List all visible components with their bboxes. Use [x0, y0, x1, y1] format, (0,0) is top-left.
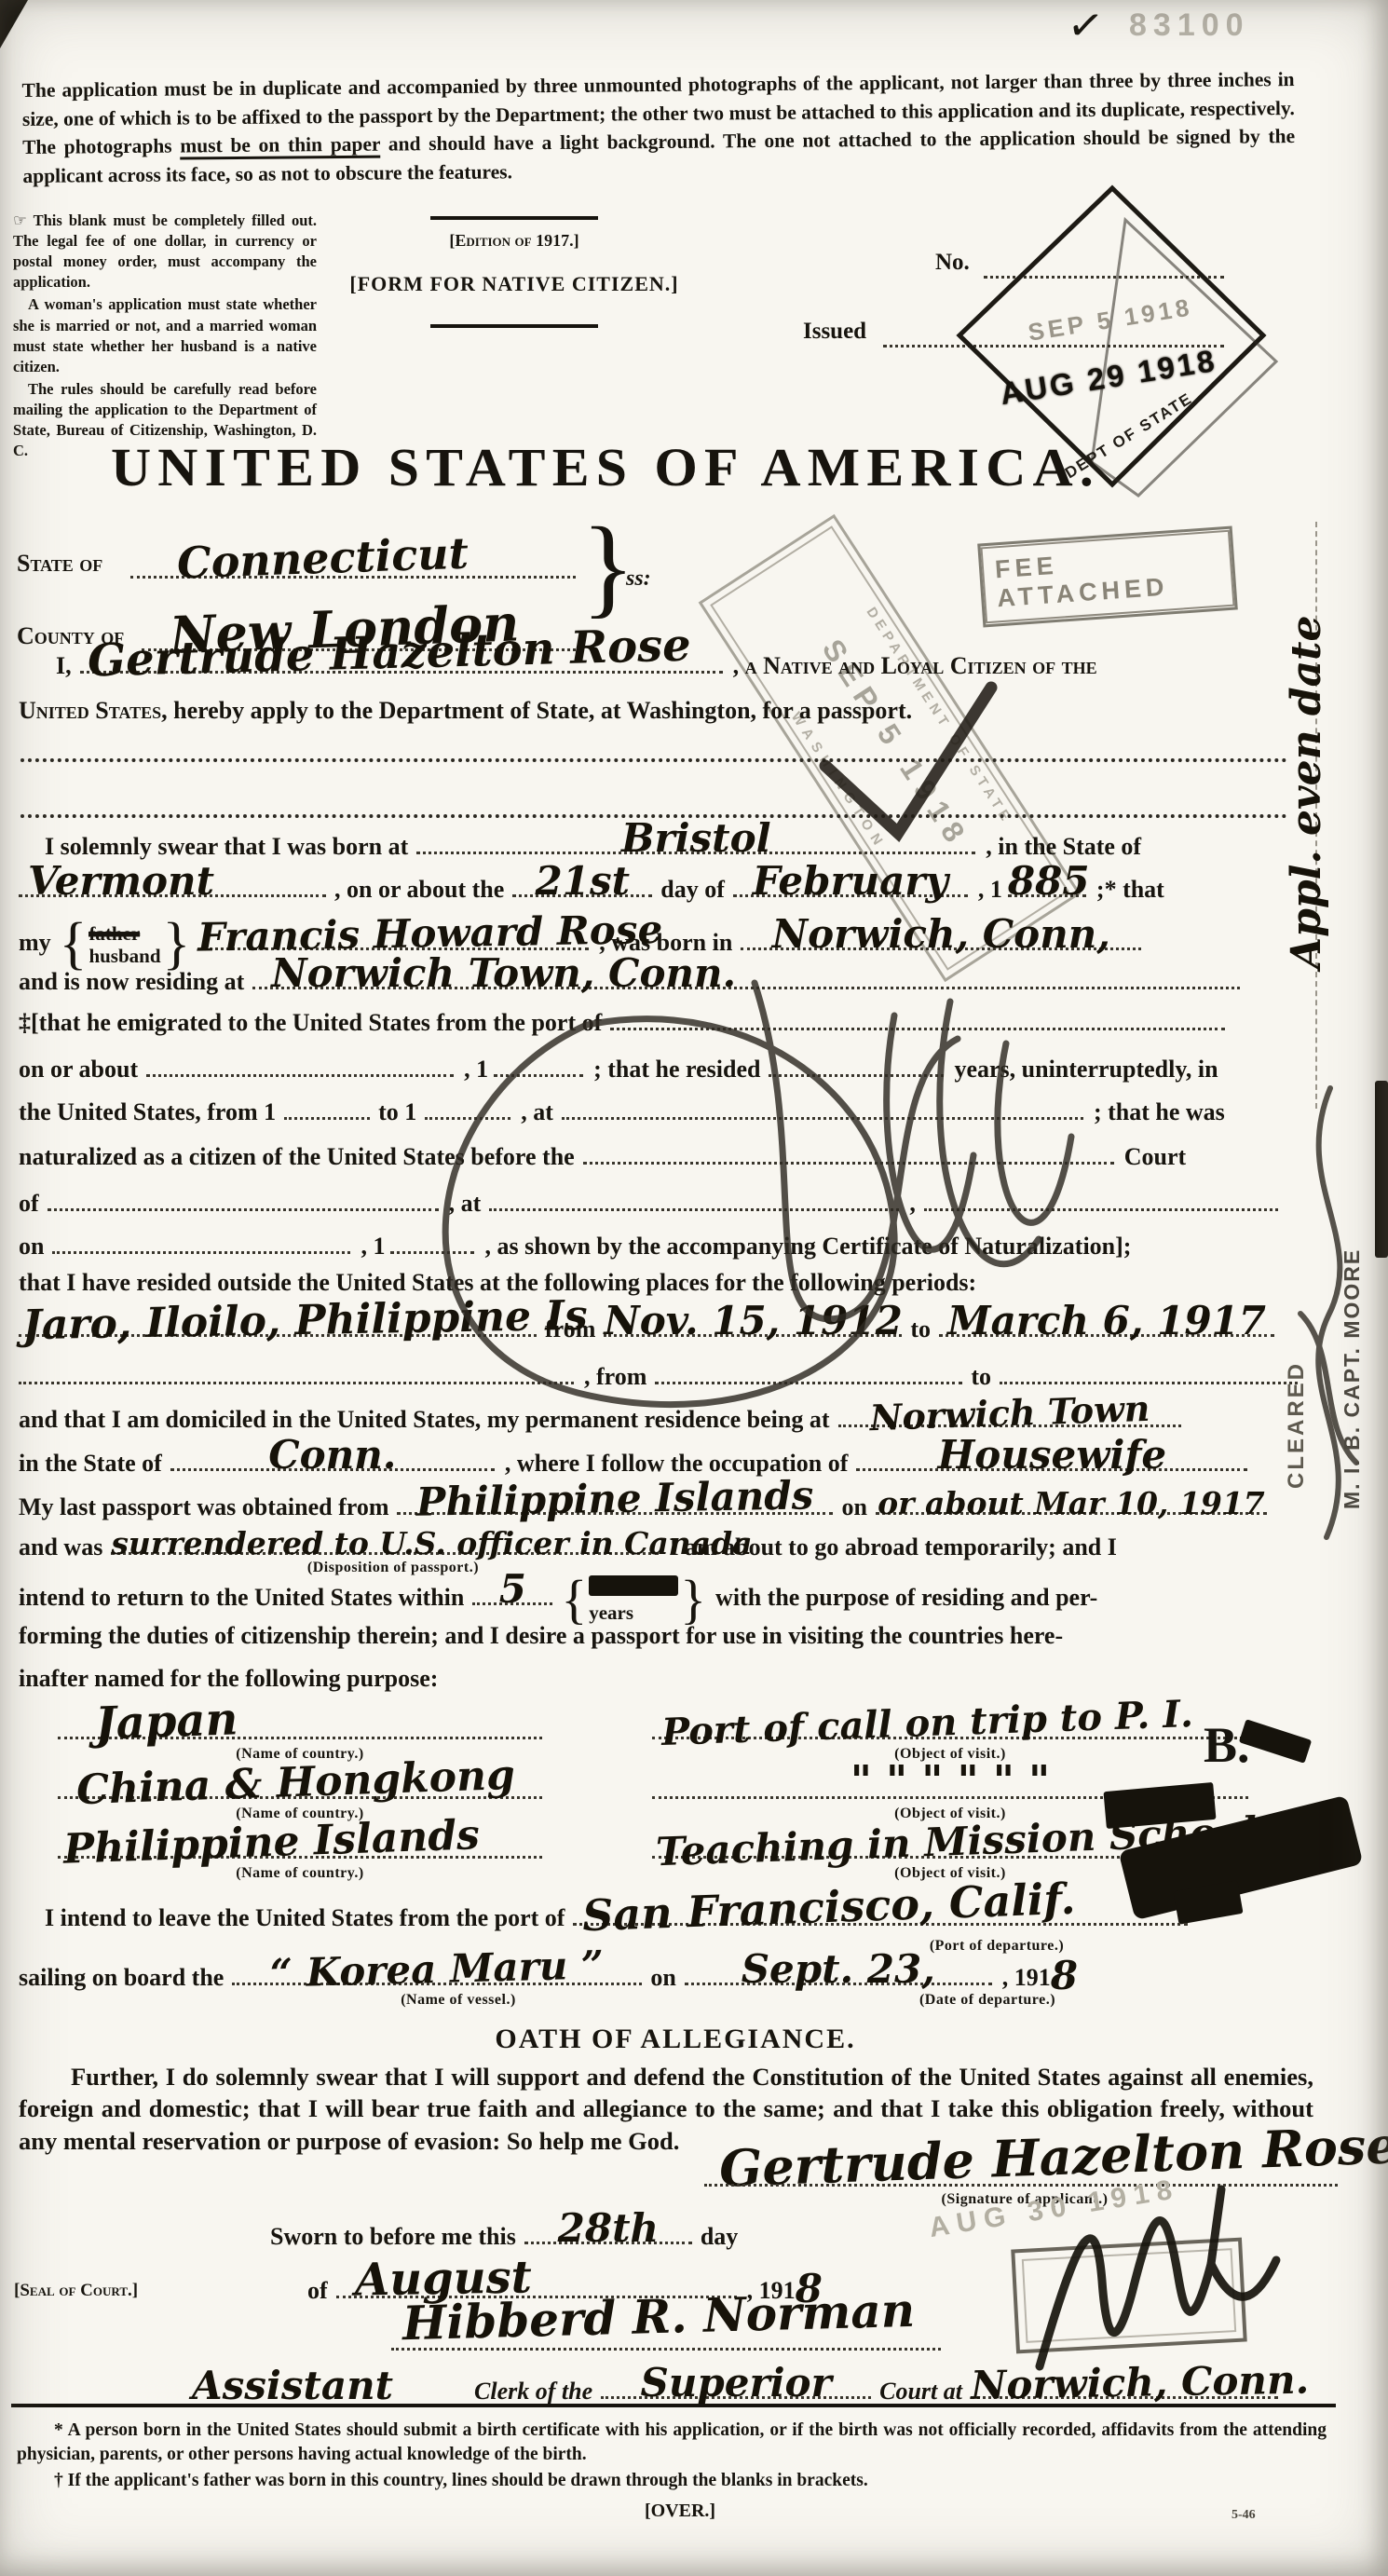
on-2-label: on	[841, 1493, 866, 1520]
photo-note-underlined: must be on thin paper	[180, 133, 380, 160]
country-blank-3: Philippine Islands	[58, 1813, 542, 1859]
check-mark-icon: ✓	[1064, 0, 1107, 52]
over-label: [OVER.]	[540, 2501, 820, 2522]
instruction-paragraph: ☞ This blank must be completely filled o…	[13, 211, 317, 293]
birth-state-handwritten: Vermont	[28, 862, 326, 901]
b-ink-mark: B.	[1204, 1716, 1250, 1774]
inked-out-word	[589, 1575, 678, 1596]
leave-port-line: I intend to leave the United States from…	[19, 1901, 1310, 1932]
return-within-line: intend to return to the United States wi…	[19, 1575, 1310, 1624]
country-caption-3: (Name of country.)	[58, 1865, 542, 1882]
my-label: my	[19, 929, 51, 956]
purpose-2-label: forming the duties of citizenship therei…	[19, 1622, 1063, 1649]
departure-date-handwritten: Sept. 23,	[685, 1950, 992, 1989]
disposition-handwritten: surrendered to U.S. officer in Canada	[111, 1528, 659, 1559]
leave-port-label: I intend to leave the United States from…	[45, 1904, 565, 1931]
father-husband-stack: fatherhusband	[88, 922, 160, 967]
blank-line	[20, 788, 1287, 818]
seal-of-court-label: [Seal of Court.]	[14, 2281, 138, 2301]
purpose-1-label: with the purpose of residing and per-	[715, 1584, 1097, 1611]
instruction-paragraph: A woman's application must state whether…	[13, 294, 317, 376]
footnotes: * A person born in the United States sho…	[17, 2419, 1327, 2493]
apply-text: hereby apply to the Department of State,…	[168, 697, 913, 724]
passport-from-blank: Philippine Islands	[397, 1490, 833, 1515]
birth-month-handwritten: February	[733, 862, 968, 901]
in-state-of-label: , in the State of	[986, 833, 1141, 860]
cancellation-scribble	[354, 960, 1118, 1463]
day-of-label: day of	[660, 876, 725, 903]
form-type-label: [FORM FOR NATIVE CITIZEN.]	[309, 272, 719, 296]
clerk-of-the-label: Clerk of the	[474, 2378, 592, 2405]
ink-smudge	[0, 0, 28, 48]
country-2-handwritten: China & Hongkong	[75, 1755, 515, 1811]
birth-year-handwritten: 885	[1008, 862, 1086, 901]
return-years-handwritten: 5	[472, 1570, 552, 1609]
oath-heading: OATH OF ALLEGIANCE.	[0, 2024, 1351, 2055]
departure-year-handwritten: 8	[1051, 1956, 1078, 1996]
birthplace-blank: Bristol	[416, 829, 975, 854]
vessel-handwritten: “ Korea Maru ”	[232, 1944, 643, 1995]
open-brace-2: {	[561, 1575, 587, 1624]
return-years-blank: 5	[472, 1580, 552, 1605]
spouse-birthplace-blank: Norwich, Conn,	[741, 925, 1141, 950]
last-passport-label: My last passport was obtained from	[19, 1493, 388, 1520]
vessel-blank: “ Korea Maru ”	[232, 1960, 642, 1985]
departure-year-printed: , 191	[1002, 1964, 1051, 1991]
passport-date-handwritten: or about Mar 10, 1917	[876, 1488, 1267, 1519]
port-blank: San Francisco, Calif.	[573, 1901, 1188, 1926]
edition-label: [Edition of 1917.]	[356, 231, 673, 251]
cleared-stamp-text: CLEARED	[1284, 1302, 1310, 1489]
court-name-blank-2: Superior	[601, 2374, 871, 2399]
return-within-label: intend to return to the United States wi…	[19, 1584, 464, 1611]
photograph-instructions: The application must be in duplicate and…	[21, 65, 1295, 190]
officer-title-handwritten: Assistant	[192, 2366, 466, 2406]
year-prefix: , 1	[978, 876, 1002, 903]
file-number-stamp: 83100	[1129, 7, 1250, 44]
close-brace-2: }	[680, 1575, 706, 1624]
sworn-day-blank: 28th	[524, 2219, 692, 2244]
us-from-label: the United States, from 1	[19, 1098, 276, 1125]
purpose-3-line: inafter named for the following purpose:	[19, 1665, 1310, 1693]
page-title: UNITED STATES OF AMERICA.	[49, 436, 1163, 498]
disposition-line: and wassurrendered to U.S. officer in Ca…	[19, 1530, 1310, 1561]
close-brace: }	[163, 919, 191, 971]
sworn-line: Sworn to before me this28thday	[270, 2219, 1015, 2251]
officer-signature-blank	[391, 2322, 941, 2351]
state-handwritten: Connecticut	[176, 532, 469, 585]
in-state-label: in the State of	[19, 1450, 162, 1477]
court-name-handwritten: Superior	[601, 2364, 871, 2403]
spouse-name-blank: Francis Howard Rose	[197, 925, 589, 950]
passport-date-blank: or about Mar 10, 1917	[876, 1490, 1267, 1515]
on-or-about-label: , on or about the	[334, 876, 504, 903]
state-of-label: State of	[17, 550, 102, 578]
sworn-label: Sworn to before me this	[270, 2223, 516, 2250]
ink-blob	[1239, 1719, 1312, 1764]
years-word: years	[589, 1601, 633, 1624]
fee-attached-text: FEE ATTACHED	[994, 552, 1169, 613]
port-handwritten: San Francisco, Calif.	[582, 1877, 1077, 1937]
father-word-struck: father	[88, 922, 140, 945]
passport-from-handwritten: Philippine Islands	[397, 1476, 834, 1522]
born-at-label: I solemnly swear that I was born at	[45, 833, 408, 860]
months-years-stack: years	[589, 1575, 678, 1623]
country-1-handwritten: Japan	[94, 1697, 238, 1746]
purpose-2-line: forming the duties of citizenship therei…	[19, 1622, 1310, 1650]
court-label: Court	[1124, 1143, 1186, 1170]
mib-capt-moore-text: M. I. B. CAPT. MOORE	[1340, 1006, 1365, 1509]
birth-year-blank: 885	[1008, 872, 1086, 897]
state-blank: Connecticut	[130, 533, 576, 579]
birth-state-blank: Vermont	[19, 872, 326, 897]
residing-at-label: and is now residing at	[19, 968, 244, 995]
object-blank-1: Port of call on trip to P. I.	[652, 1694, 1248, 1739]
blank-line	[20, 732, 1287, 762]
cert-date-blank	[52, 1229, 350, 1254]
that-label: ;* that	[1096, 876, 1164, 903]
ss-label: ss:	[626, 566, 651, 592]
birthplace-handwritten: Bristol	[416, 819, 975, 858]
last-passport-line: My last passport was obtained fromPhilip…	[19, 1490, 1310, 1521]
cleared-stamp: CLEARED	[1284, 1302, 1328, 1489]
pen-scrawl-initials	[1023, 2150, 1293, 2383]
day-word-label: day	[701, 2223, 738, 2250]
on-label: on	[19, 1233, 44, 1260]
vessel-line: sailing on board the“ Korea Maru ”onSept…	[19, 1953, 1310, 1992]
print-code: 5-46	[1232, 2508, 1256, 2523]
departure-on-label: on	[650, 1964, 675, 1991]
birth-day-blank: 21st	[512, 872, 652, 897]
departure-date-blank: Sept. 23,	[685, 1960, 992, 1985]
and-was-label: and was	[19, 1533, 102, 1561]
birth-day-handwritten: 21st	[512, 862, 652, 901]
filing-instructions: ☞ This blank must be completely filled o…	[13, 211, 317, 461]
birth-state-line: Vermont, on or about the21stday ofFebrua…	[19, 872, 1310, 904]
born-line: I solemnly swear that I was born atBrist…	[19, 829, 1310, 861]
united-states-text: United States,	[19, 697, 168, 724]
vessel-caption: (Name of vessel.)	[253, 1992, 663, 2009]
object-1-handwritten: Port of call on trip to P. I.	[660, 1696, 1193, 1751]
of-word-label: of	[307, 2277, 328, 2304]
date-caption: (Date of departure.)	[820, 1992, 1155, 2009]
officer-title-blank: Assistant	[186, 2377, 466, 2399]
disposition-blank: surrendered to U.S. officer in Canada	[111, 1530, 659, 1555]
margin-annotation: Appl. even date	[1265, 438, 1349, 1146]
purpose-3-label: inafter named for the following purpose:	[19, 1665, 438, 1692]
country-3-handwritten: Philippine Islands	[62, 1815, 480, 1871]
applicant-line: I,Gertrude Hazelton Rose, a Native and L…	[19, 648, 1310, 680]
footer-divider	[11, 2404, 1336, 2407]
on-or-about-2-label: on or about	[19, 1056, 138, 1083]
court-at-label-2: Court at	[879, 2378, 962, 2405]
i-label: I,	[56, 652, 72, 679]
apply-line: United States, hereby apply to the Depar…	[19, 697, 1310, 725]
sworn-day-handwritten: 28th	[524, 2209, 692, 2248]
footnote-birth-certificate: * A person born in the United States sho…	[17, 2419, 1327, 2467]
applicant-name-blank: Gertrude Hazelton Rose	[80, 648, 723, 674]
edge-ink-mark	[1375, 1081, 1388, 1258]
divider	[430, 324, 598, 328]
birth-month-blank: February	[733, 872, 968, 897]
open-brace: {	[60, 919, 88, 971]
fee-attached-stamp: FEE ATTACHED	[977, 526, 1238, 628]
passport-application-document: ✓ 83100 The application must be in dupli…	[0, 0, 1388, 2576]
footnote-father: † If the applicant's father was born in …	[17, 2469, 1327, 2493]
of-label: of	[19, 1190, 39, 1217]
margin-note-handwritten: Appl. even date	[1286, 438, 1327, 1146]
fee-attached-inner-border: FEE ATTACHED	[980, 530, 1234, 623]
sailing-label: sailing on board the	[19, 1964, 224, 1991]
issued-label: Issued	[803, 319, 866, 345]
country-blank-1: Japan	[58, 1694, 542, 1739]
applicant-name-handwritten: Gertrude Hazelton Rose	[87, 623, 691, 684]
country-blank-2: China & Hongkong	[58, 1753, 542, 1799]
spouse-birthplace-handwritten: Norwich, Conn,	[741, 915, 1141, 954]
divider	[430, 216, 598, 220]
citizen-text: , a Native and Loyal Citizen of the	[733, 652, 1097, 679]
